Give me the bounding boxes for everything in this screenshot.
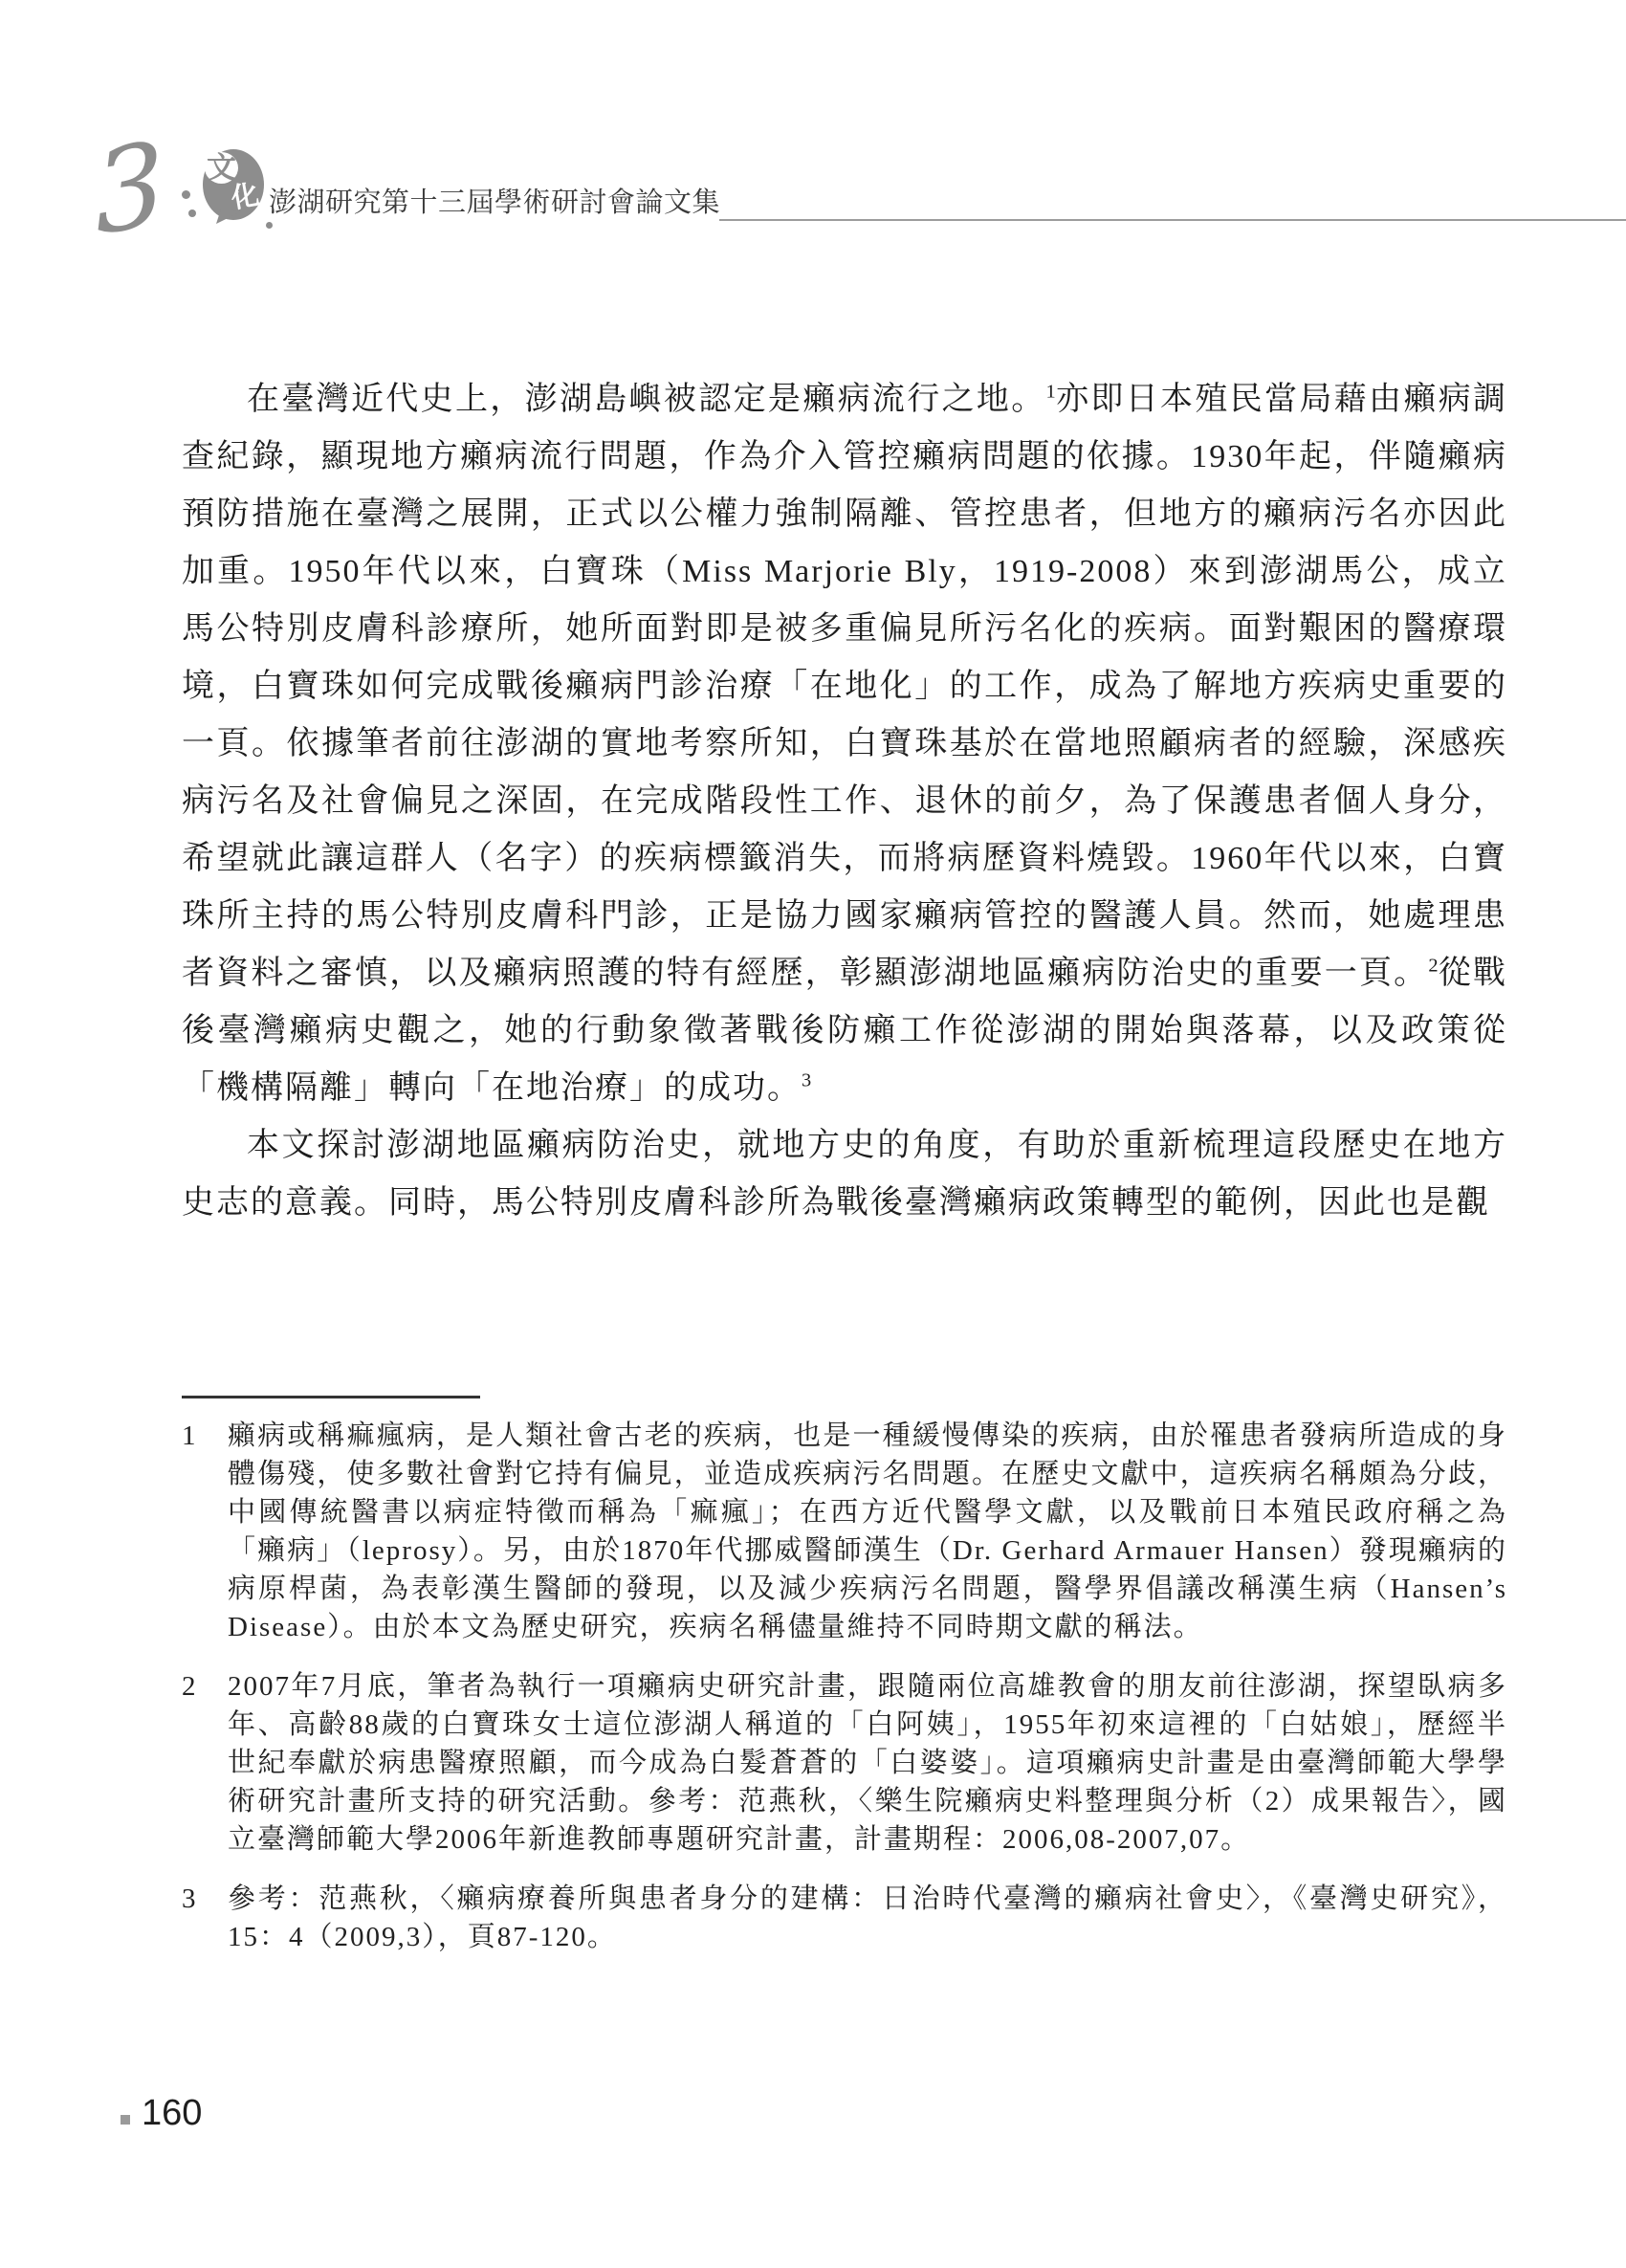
paragraph-text: 亦即日本殖民當局藉由癩病調查紀錄，顯現地方癩病流行問題，作為介入管控癩病問題的依… <box>182 382 1507 991</box>
footnote-number: 1 <box>182 1417 228 1646</box>
footnote-item: 3參考：范燕秋，〈癩病療養所與患者身分的建構：日治時代臺灣的癩病社會史〉，《臺灣… <box>182 1880 1507 1956</box>
paragraph-text: 在臺灣近代史上，澎湖島嶼被認定是癩病流行之地。 <box>247 382 1046 417</box>
paragraph-text: 本文探討澎湖地區癩病防治史，就地方史的角度，有助於重新梳理這段歷史在地方史志的意… <box>182 1128 1507 1221</box>
body-text: 在臺灣近代史上，澎湖島嶼被認定是癩病流行之地。1亦即日本殖民當局藉由癩病調查紀錄… <box>182 371 1507 1232</box>
footnote-number: 3 <box>182 1880 228 1956</box>
page-number: 160 <box>142 2094 202 2132</box>
footnote-text: 2007年7月底，筆者為執行一項癩病史研究計畫，跟隨兩位高雄教會的朋友前往澎湖，… <box>228 1667 1507 1859</box>
paragraph: 本文探討澎湖地區癩病防治史，就地方史的角度，有助於重新梳理這段歷史在地方史志的意… <box>182 1117 1507 1232</box>
logo-dot-icon <box>188 209 196 217</box>
paragraph: 在臺灣近代史上，澎湖島嶼被認定是癩病流行之地。1亦即日本殖民當局藉由癩病調查紀錄… <box>182 371 1507 1117</box>
footnote-item: 1癩病或稱痲瘋病，是人類社會古老的疾病，也是一種緩慢傳染的疾病，由於罹患者發病所… <box>182 1417 1507 1646</box>
logo-numeral: 3 <box>90 125 168 251</box>
logo-dot-icon <box>182 190 190 199</box>
header-title: 澎湖研究第十三屆學術研討會論文集 <box>269 188 720 218</box>
footnote-separator <box>182 1396 480 1398</box>
header-rule <box>719 219 1626 221</box>
logo-char-wen: 文 <box>205 152 238 184</box>
footnote-ref: 1 <box>1046 382 1056 403</box>
footnote-number: 2 <box>182 1667 228 1859</box>
logo-char-hua: 化 <box>230 182 262 214</box>
logo-culture-badge-icon: 文 化 <box>203 149 264 220</box>
footnotes: 1癩病或稱痲瘋病，是人類社會古老的疾病，也是一種緩慢傳染的疾病，由於罹患者發病所… <box>182 1417 1507 1977</box>
footnote-text: 癩病或稱痲瘋病，是人類社會古老的疾病，也是一種緩慢傳染的疾病，由於罹患者發病所造… <box>228 1417 1507 1646</box>
logo-dot-icon <box>266 222 273 229</box>
document-page: 3 文 化 澎湖研究第十三屆學術研討會論文集 在臺灣近代史上，澎湖島嶼被認定是癩… <box>0 0 1626 2268</box>
footnote-item: 22007年7月底，筆者為執行一項癩病史研究計畫，跟隨兩位高雄教會的朋友前往澎湖… <box>182 1667 1507 1859</box>
footnote-ref: 2 <box>1428 956 1438 977</box>
footnote-ref: 3 <box>802 1070 811 1091</box>
page-number-bullet-icon <box>121 2115 130 2125</box>
footnote-text: 參考：范燕秋，〈癩病療養所與患者身分的建構：日治時代臺灣的癩病社會史〉，《臺灣史… <box>228 1880 1507 1956</box>
